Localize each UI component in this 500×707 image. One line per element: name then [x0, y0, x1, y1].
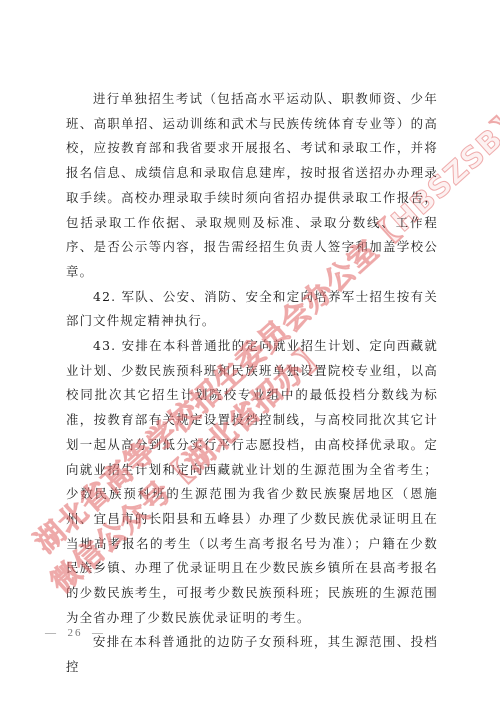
paragraph-border-prep: 安排在本科普通批的边防子女预科班，其生源范围、投档控 — [66, 630, 438, 679]
page-number: — 26 — — [45, 627, 105, 639]
page-content: 进行单独招生考试（包括高水平运动队、职教师资、少年班、高职单招、运动训练和武术与… — [66, 87, 438, 680]
paragraph-item-42: 42. 军队、公安、消防、安全和定向培养军士招生按有关部门文件规定精神执行。 — [66, 285, 438, 334]
paragraph-item-43: 43. 安排在本科普通批的定向就业招生计划、定向西藏就业计划、少数民族预科班和民… — [66, 334, 438, 630]
document-page: 进行单独招生考试（包括高水平运动队、职教师资、少年班、高职单招、运动训练和武术与… — [0, 0, 500, 707]
paragraph-single-exam: 进行单独招生考试（包括高水平运动队、职教师资、少年班、高职单招、运动训练和武术与… — [66, 87, 438, 285]
